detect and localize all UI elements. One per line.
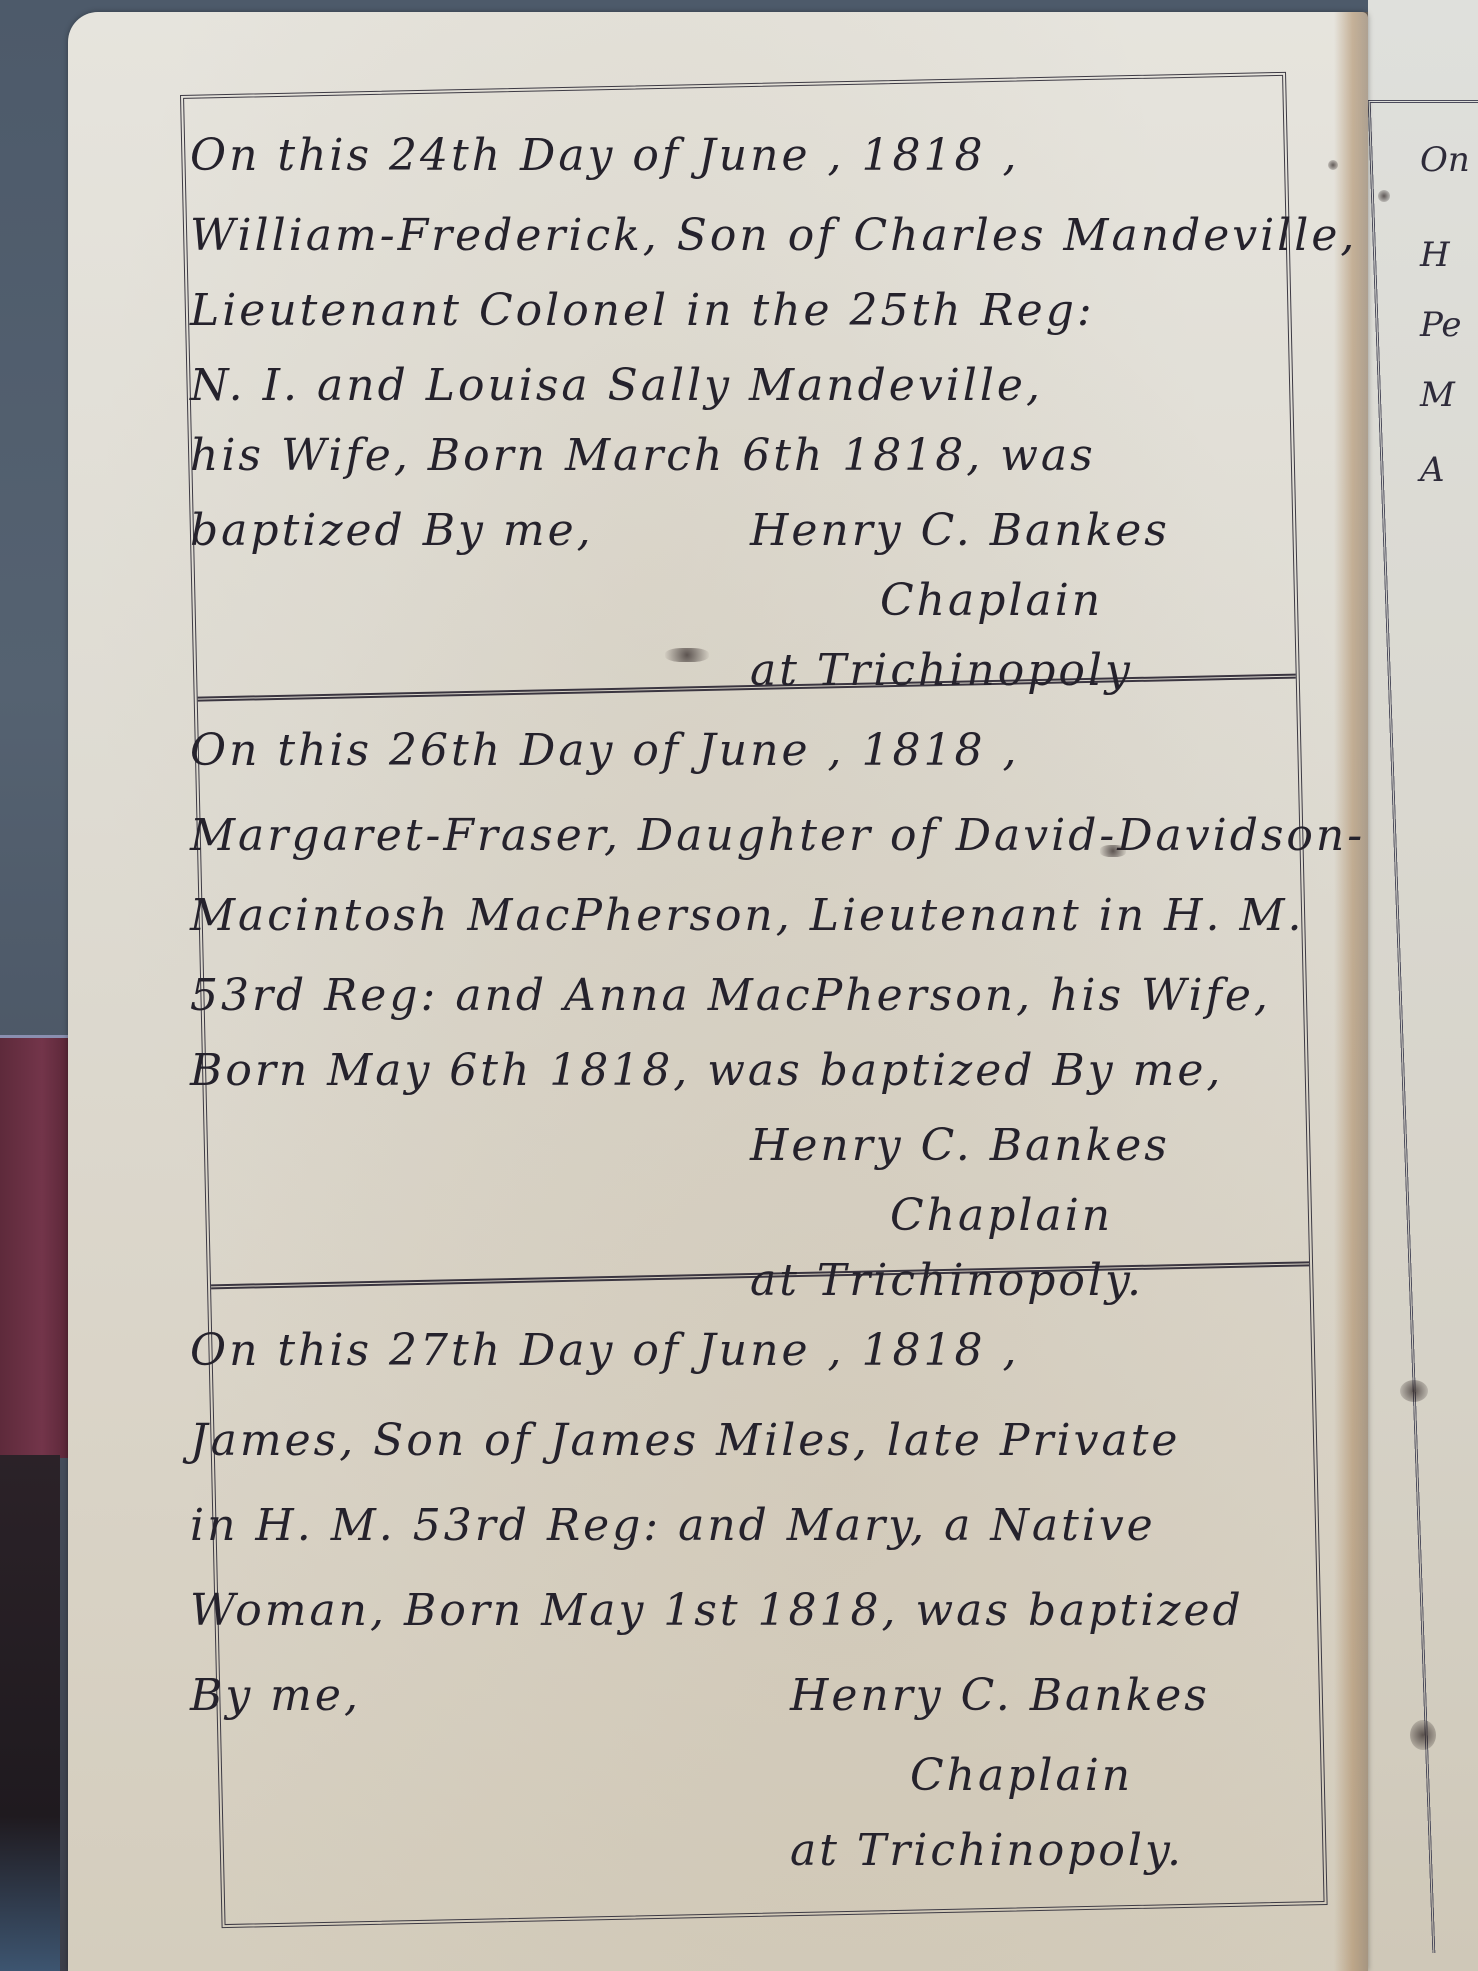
chaplain-title: Chaplain: [910, 1750, 1133, 1801]
entry-line: baptized By me,: [190, 505, 594, 556]
facing-page-text: On: [1420, 140, 1470, 180]
entry-line: his Wife, Born March 6th 1818, was: [190, 430, 1096, 481]
facing-page-text: M: [1420, 375, 1455, 415]
chaplain-location: at Trichinopoly.: [750, 1255, 1144, 1306]
paper-stain: [1378, 190, 1390, 202]
chaplain-signature: Henry C. Bankes: [750, 505, 1170, 556]
entry-line: Woman, Born May 1st 1818, was baptized: [190, 1585, 1244, 1636]
chaplain-title: Chaplain: [880, 575, 1103, 626]
facing-page-text: Pe: [1420, 305, 1461, 345]
entry-line: Born May 6th 1818, was baptized By me,: [190, 1045, 1223, 1096]
chaplain-location: at Trichinopoly.: [790, 1825, 1184, 1876]
chaplain-title: Chaplain: [890, 1190, 1113, 1241]
table-surface: [0, 1455, 60, 1971]
paper-damage: [1410, 1720, 1436, 1750]
entry-line: On this 26th Day of June , 1818 ,: [190, 725, 1019, 776]
entry-line: 53rd Reg: and Anna MacPherson, his Wife,: [190, 970, 1271, 1021]
chaplain-location: at Trichinopoly: [750, 645, 1133, 696]
ink-blot: [1100, 845, 1126, 857]
entry-line: James, Son of James Miles, late Private: [190, 1415, 1180, 1466]
paper-damage: [1400, 1380, 1428, 1402]
entry-line: On this 27th Day of June , 1818 ,: [190, 1325, 1019, 1376]
entry-line: Macintosh MacPherson, Lieutenant in H. M…: [190, 890, 1304, 941]
ink-blot: [665, 648, 709, 662]
entry-line: By me,: [190, 1670, 361, 1721]
entry-line: N. I. and Louisa Sally Mandeville,: [190, 360, 1043, 411]
chaplain-signature: Henry C. Bankes: [790, 1670, 1210, 1721]
entry-line: Lieutenant Colonel in the 25th Reg:: [190, 285, 1095, 336]
entry-line: On this 24th Day of June , 1818 ,: [190, 130, 1019, 181]
entry-line: William-Frederick, Son of Charles Mandev…: [190, 210, 1357, 261]
facing-page: On H Pe M A: [1368, 0, 1478, 1971]
facing-page-text: H: [1420, 235, 1450, 275]
book-cover: [0, 1035, 70, 1458]
entry-line: Margaret-Fraser, Daughter of David-David…: [190, 810, 1365, 861]
paper-stain: [1328, 160, 1338, 170]
chaplain-signature: Henry C. Bankes: [750, 1120, 1170, 1171]
facing-page-text: A: [1420, 450, 1445, 490]
entry-line: in H. M. 53rd Reg: and Mary, a Native: [190, 1500, 1156, 1551]
